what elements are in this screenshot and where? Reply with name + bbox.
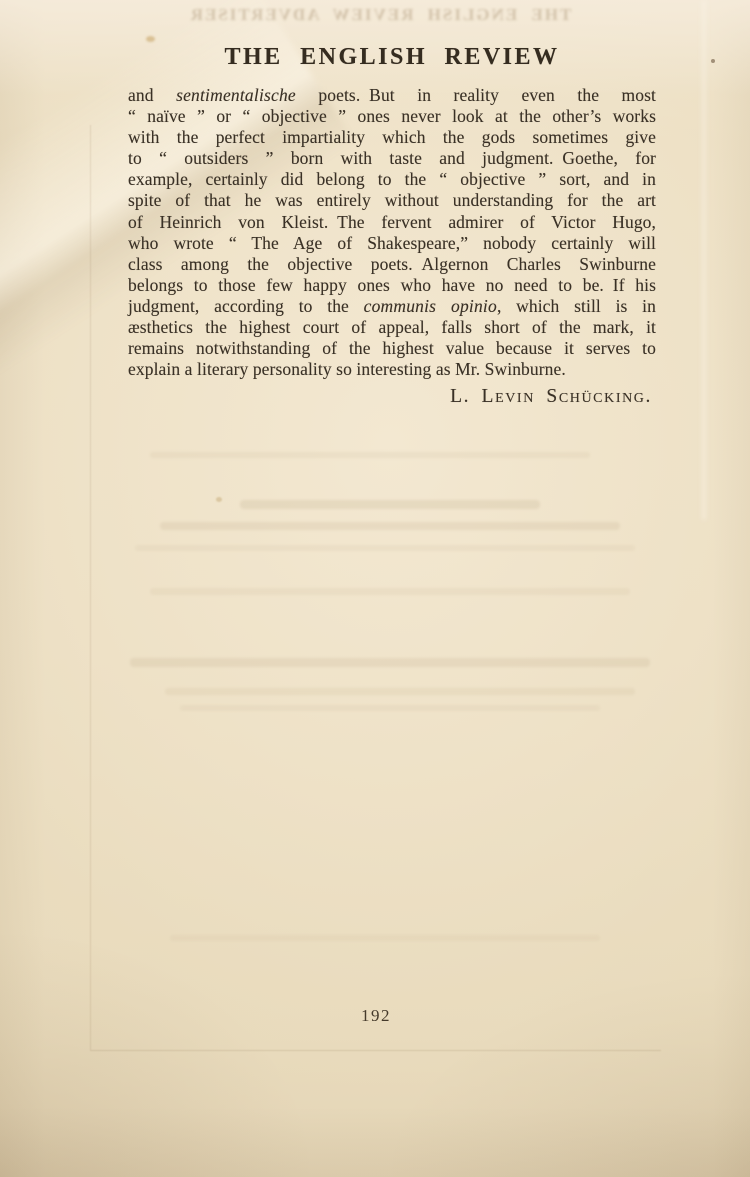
page-number: 192 xyxy=(0,1006,750,1026)
show-through-smudge xyxy=(160,522,620,530)
text-segment: to “ outsiders ” born with taste and jud… xyxy=(128,148,656,168)
italic-text-segment: sentimentalische xyxy=(176,85,296,105)
text-segment: explain a literary personality so intere… xyxy=(128,359,566,379)
text-segment: , which still is in xyxy=(497,296,656,316)
scanned-book-page: THE ENGLISH REVIEW ADVERTISER THE ENGLIS… xyxy=(0,0,750,1177)
text-line: and sentimentalische poets. But in reali… xyxy=(128,85,656,106)
show-through-smudge xyxy=(150,452,590,458)
text-line: judgment, according to the communis opin… xyxy=(128,296,656,317)
text-line: “ naïve ” or “ objective ” ones never lo… xyxy=(128,106,656,127)
show-through-header: THE ENGLISH REVIEW ADVERTISER xyxy=(165,5,595,25)
author-signature: L. Levin Schücking. xyxy=(128,386,652,408)
text-line: who wrote “ The Age of Shakespeare,” nob… xyxy=(128,233,656,254)
text-segment: belongs to those few happy ones who have… xyxy=(128,275,656,295)
text-segment: spite of that he was entirely without un… xyxy=(128,190,656,210)
text-segment: class among the objective poets. Algerno… xyxy=(128,254,656,274)
paper-crease-vertical xyxy=(700,0,708,520)
text-line: to “ outsiders ” born with taste and jud… xyxy=(128,148,656,169)
page-title: THE ENGLISH REVIEW xyxy=(128,44,656,71)
show-through-smudge xyxy=(165,688,635,695)
body-text: and sentimentalische poets. But in reali… xyxy=(128,85,656,380)
text-line: with the perfect impartiality which the … xyxy=(128,127,656,148)
text-segment: “ naïve ” or “ objective ” ones never lo… xyxy=(128,106,656,126)
text-line: belongs to those few happy ones who have… xyxy=(128,275,656,296)
show-through-smudge xyxy=(180,705,600,711)
text-segment: who wrote “ The Age of Shakespeare,” nob… xyxy=(128,233,656,253)
text-segment: remains notwithstanding of the highest v… xyxy=(128,338,656,358)
paper-dirt-speck xyxy=(711,59,715,63)
text-line: remains notwithstanding of the highest v… xyxy=(128,338,656,359)
text-segment: æsthetics the highest court of appeal, f… xyxy=(128,317,656,337)
paper-stain-speck xyxy=(146,36,155,42)
text-line: explain a literary personality so intere… xyxy=(128,359,656,380)
show-through-smudge xyxy=(150,588,630,595)
text-segment: example, certainly did belong to the “ o… xyxy=(128,169,656,189)
text-segment: judgment, according to the xyxy=(128,296,364,316)
show-through-smudge xyxy=(170,935,600,941)
text-line: class among the objective poets. Algerno… xyxy=(128,254,656,275)
paper-stain-speck xyxy=(216,497,222,502)
text-line: example, certainly did belong to the “ o… xyxy=(128,169,656,190)
text-segment: poets. But in reality even the most xyxy=(296,85,656,105)
text-line: of Heinrich von Kleist. The fervent admi… xyxy=(128,212,656,233)
show-through-smudge xyxy=(135,545,635,551)
show-through-smudge xyxy=(130,658,650,667)
text-line: æsthetics the highest court of appeal, f… xyxy=(128,317,656,338)
text-segment: with the perfect impartiality which the … xyxy=(128,127,656,147)
show-through-smudge xyxy=(240,500,540,509)
text-line: spite of that he was entirely without un… xyxy=(128,190,656,211)
italic-text-segment: communis opinio xyxy=(364,296,497,316)
text-segment: of Heinrich von Kleist. The fervent admi… xyxy=(128,212,656,232)
text-segment: and xyxy=(128,85,176,105)
